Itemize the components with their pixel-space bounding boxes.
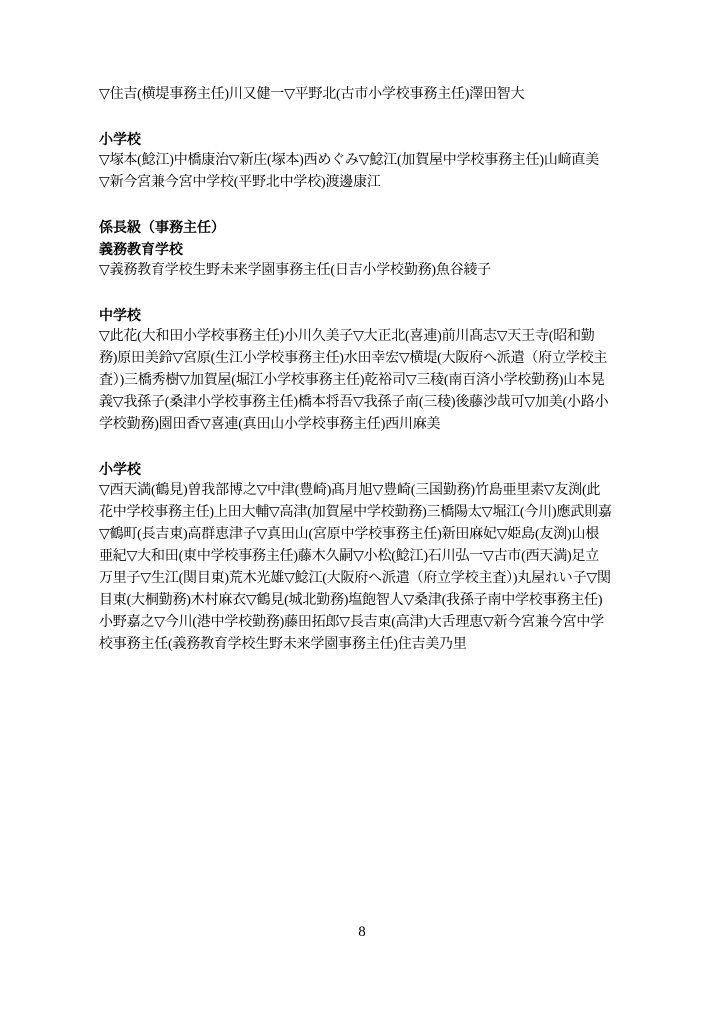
text-line: 亜紀▽大和田(東中学校事務主任)藤木久嗣▽小松(鯰江)石川弘一▽古市(西天満)足… [99,546,629,568]
text-line: 義▽我孫子(桑津小学校事務主任)橋本将吾▽我孫子南(三稜)後藤沙哉可▽加美(小路… [99,392,629,414]
text-line: ▽義務教育学校生野未来学園事務主任(日吉小学校勤務)魚谷綾子 [99,260,629,282]
text-line: 小野嘉之▽今川(港中学校勤務)藤田拓郎▽長吉東(高津)大舌理恵▽新今宮兼今宮中学 [99,612,629,634]
document-page: ▽住吉(横堤事務主任)川又健一▽平野北(古市小学校事務主任)澤田智大 小学校 ▽… [0,0,724,1024]
text-line: ▽西天満(鶴見)曽我部博之▽中津(豊崎)髙月旭▽豊崎(三国勤務)竹島亜里素▽友渕… [99,480,629,502]
text-line: 学校勤務)園田香▽喜連(真田山小学校事務主任)西川麻美 [99,414,629,436]
section-heading-elementary-school-2: 小学校 [99,458,629,480]
text-line: ▽此花(大和田小学校事務主任)小川久美子▽大正北(喜連)前川髙志▽天王寺(昭和勤 [99,326,629,348]
section-heading-elementary-school-1: 小学校 [99,128,629,150]
section-heading-compulsory-education-school: 義務教育学校 [99,238,629,260]
text-line: 花中学校事務主任)上田大輔▽高津(加賀屋中学校勤務)三橋陽太▽堀江(今川)應武則… [99,502,629,524]
text-line: ▽鶴町(長吉東)高群恵津子▽真田山(宮原中学校事務主任)新田麻妃▽姫島(友渕)山… [99,524,629,546]
text-line: 万里子▽生江(関目東)荒木光雄▽鯰江(大阪府へ派遣（府立学校主査）)丸屋れい子▽… [99,568,629,590]
text-line: 務)原田美鈴▽宮原(生江小学校事務主任)水田幸宏▽横堤(大阪府へ派遣（府立学校主 [99,348,629,370]
text-line: 校事務主任(義務教育学校生野未来学園事務主任)住吉美乃里 [99,634,629,656]
section-heading-junior-high-school: 中学校 [99,304,629,326]
text-line: 査）)三橋秀樹▽加賀屋(堀江小学校事務主任)乾裕司▽三稜(南百済小学校勤務)山本… [99,370,629,392]
section-heading-kakaricho-grade: 係長級（事務主任） [99,216,629,238]
text-line: ▽塚本(鯰江)中橋康治▽新庄(塚本)西めぐみ▽鯰江(加賀屋中学校事務主任)山﨑直… [99,150,629,172]
document-content: ▽住吉(横堤事務主任)川又健一▽平野北(古市小学校事務主任)澤田智大 小学校 ▽… [99,84,629,656]
intro-line: ▽住吉(横堤事務主任)川又健一▽平野北(古市小学校事務主任)澤田智大 [99,84,629,106]
page-number: 8 [0,922,724,942]
text-line: ▽新今宮兼今宮中学校(平野北中学校)渡邊康江 [99,172,629,194]
text-line: 目東(大桐勤務)木村麻衣▽鶴見(城北勤務)塩飽智人▽桑津(我孫子南中学校事務主任… [99,590,629,612]
